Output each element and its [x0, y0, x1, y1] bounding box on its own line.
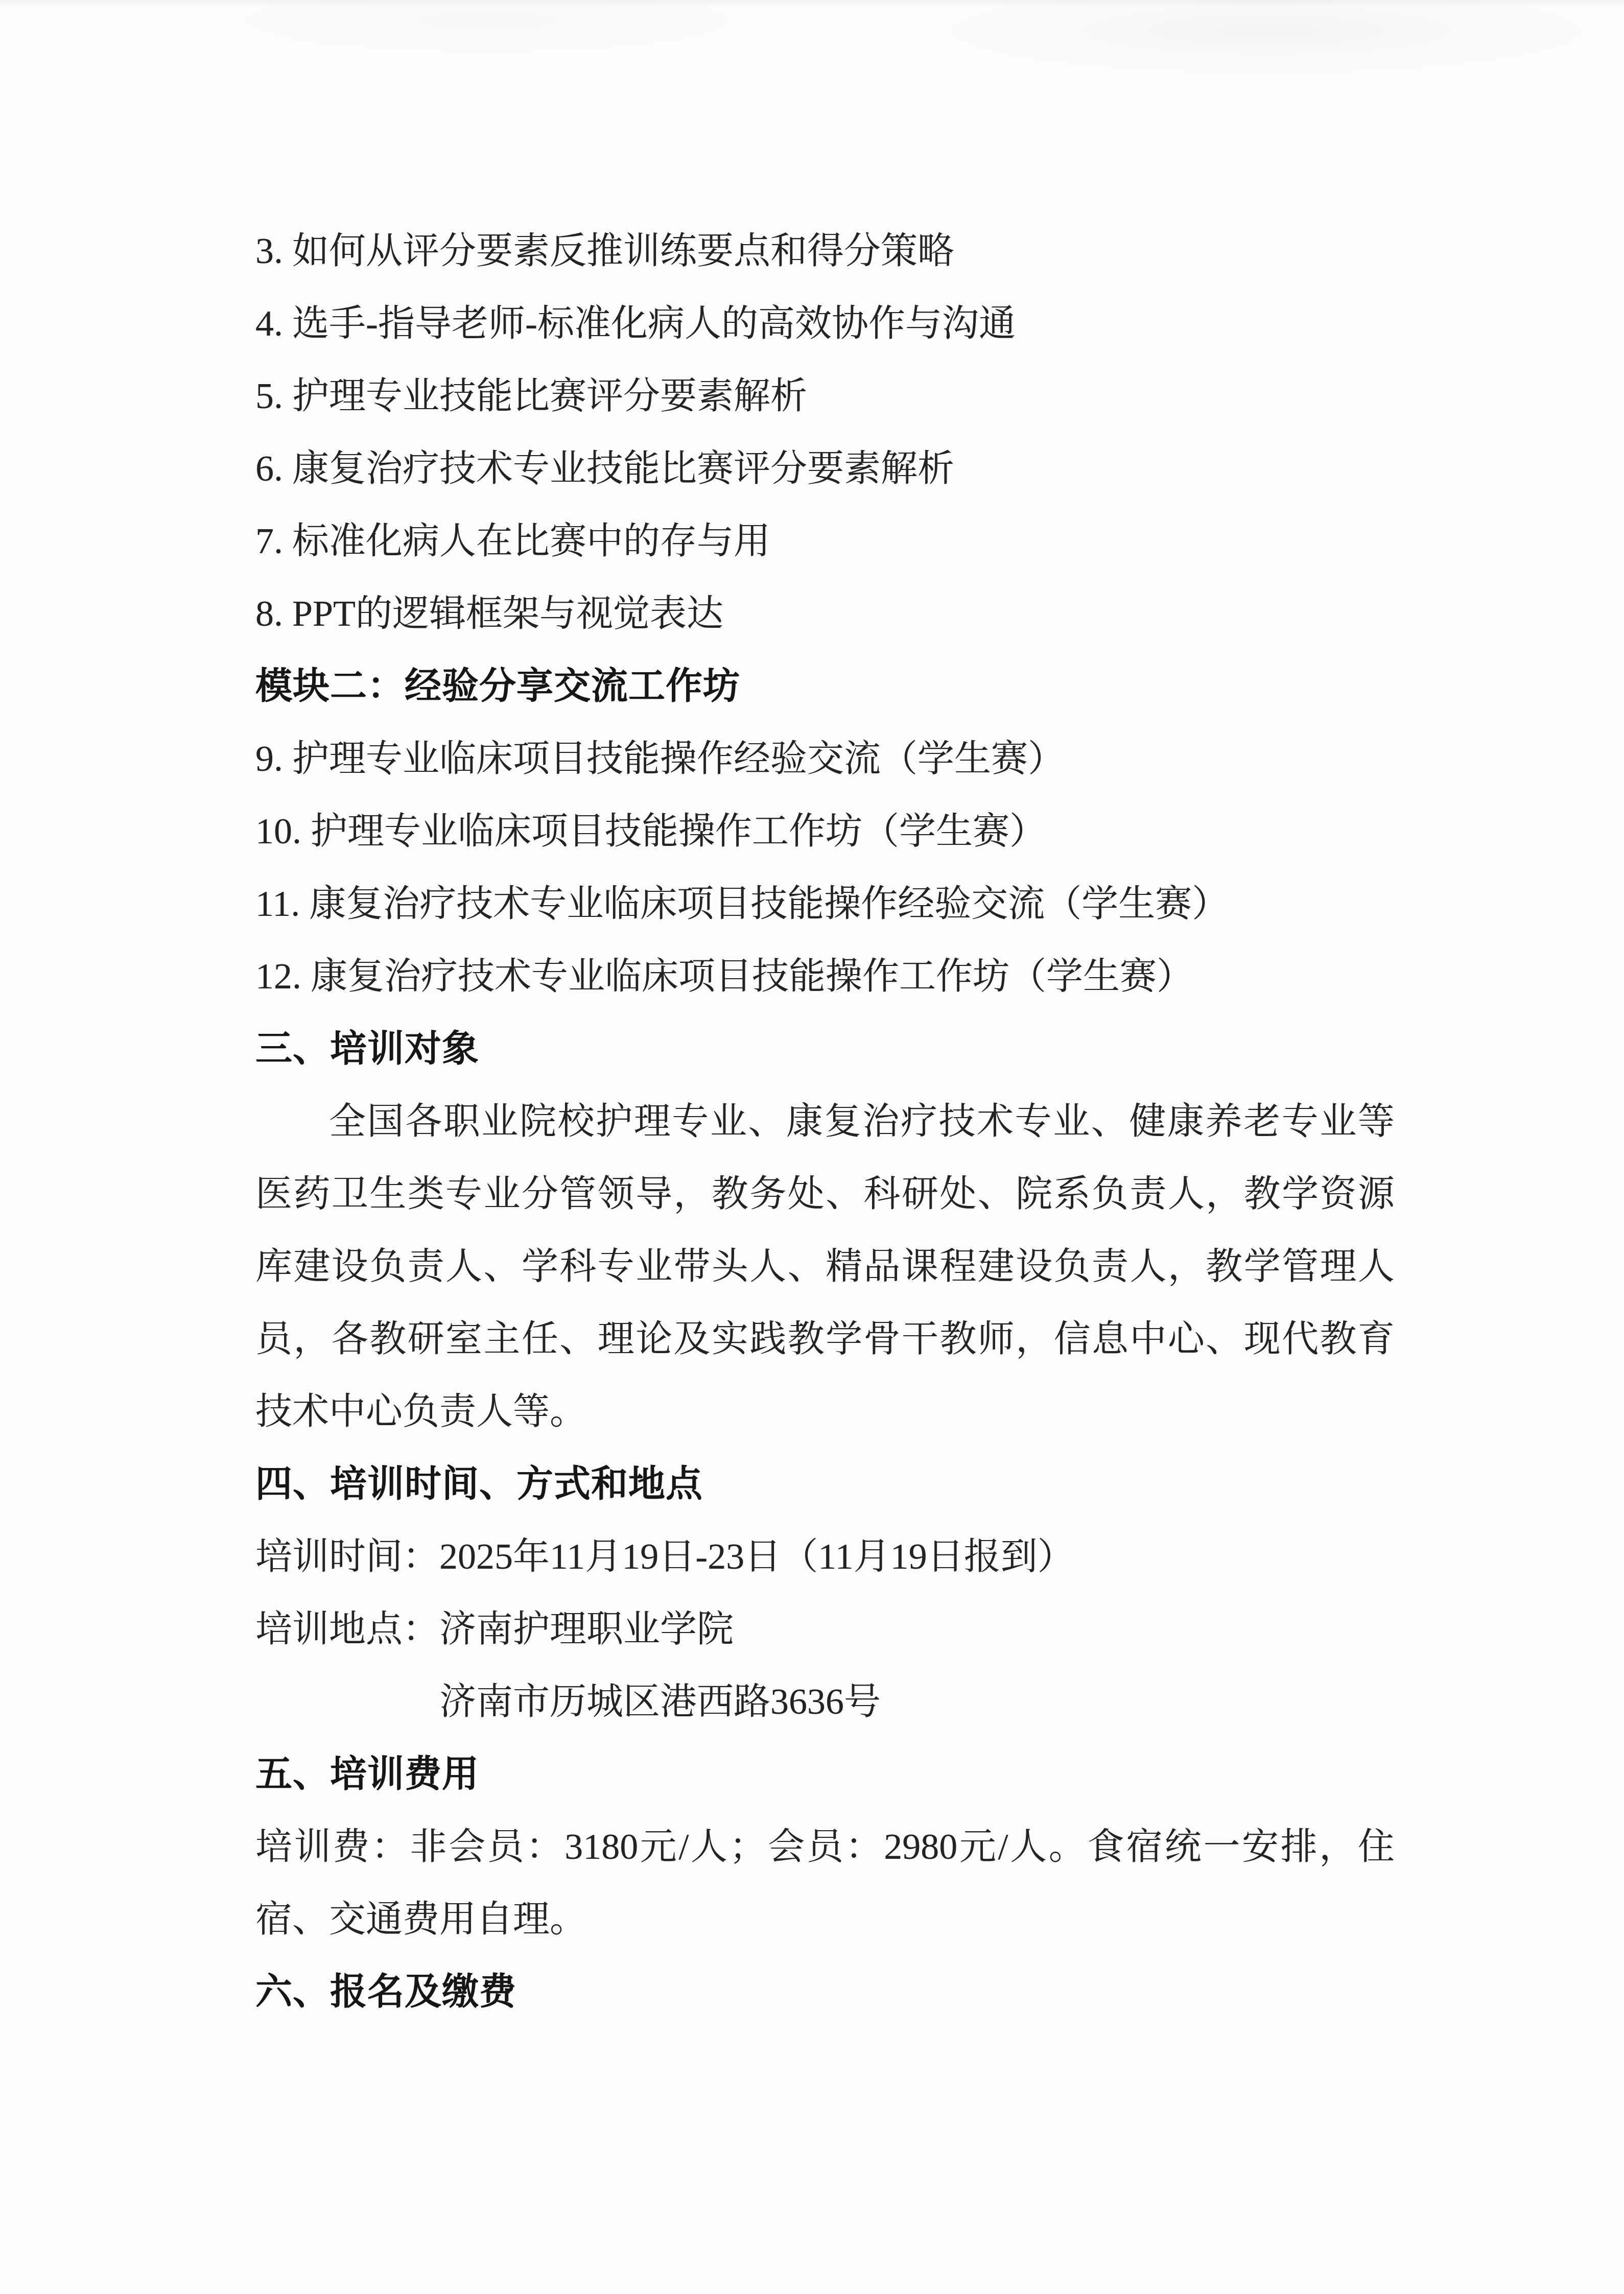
audience-paragraph-line: 技术中心负责人等。 [255, 1375, 1395, 1448]
scan-noise-artifact [0, 0, 1624, 133]
fee-paragraph-line: 宿、交通费用自理。 [255, 1883, 1395, 1955]
section4-heading: 四、培训时间、方式和地点 [255, 1448, 1395, 1520]
module2-item-11: 11. 康复治疗技术专业临床项目技能操作经验交流（学生赛） [255, 867, 1395, 940]
audience-paragraph-line: 全国各职业院校护理专业、康复治疗技术专业、健康养老专业等 [255, 1085, 1395, 1157]
scanned-document-page: 3. 如何从评分要素反推训练要点和得分策略 4. 选手-指导老师-标准化病人的高… [0, 0, 1624, 2294]
document-content: 3. 如何从评分要素反推训练要点和得分策略 4. 选手-指导老师-标准化病人的高… [255, 215, 1395, 2028]
module1-item-3: 3. 如何从评分要素反推训练要点和得分策略 [255, 215, 1395, 287]
training-address-line: 济南市历城区港西路3636号 [255, 1665, 1395, 1738]
section6-heading: 六、报名及缴费 [255, 1955, 1395, 2028]
audience-paragraph-line: 员，各教研室主任、理论及实践教学骨干教师，信息中心、现代教育 [255, 1303, 1395, 1375]
section5-heading: 五、培训费用 [255, 1738, 1395, 1810]
audience-paragraph-line: 库建设负责人、学科专业带头人、精品课程建设负责人，教学管理人 [255, 1230, 1395, 1303]
fee-paragraph-line: 培训费：非会员：3180元/人；会员：2980元/人。食宿统一安排，住 [255, 1810, 1395, 1883]
module1-item-4: 4. 选手-指导老师-标准化病人的高效协作与沟通 [255, 287, 1395, 360]
module1-item-5: 5. 护理专业技能比赛评分要素解析 [255, 360, 1395, 432]
training-time-line: 培训时间：2025年11月19日-23日（11月19日报到） [255, 1520, 1395, 1593]
audience-paragraph-line: 医药卫生类专业分管领导，教务处、科研处、院系负责人，教学资源 [255, 1157, 1395, 1230]
training-location-line: 培训地点：济南护理职业学院 [255, 1593, 1395, 1665]
module2-item-10: 10. 护理专业临床项目技能操作工作坊（学生赛） [255, 795, 1395, 867]
module1-item-6: 6. 康复治疗技术专业技能比赛评分要素解析 [255, 432, 1395, 505]
module2-heading: 模块二：经验分享交流工作坊 [255, 650, 1395, 722]
module1-item-7: 7. 标准化病人在比赛中的存与用 [255, 505, 1395, 577]
module2-item-9: 9. 护理专业临床项目技能操作经验交流（学生赛） [255, 722, 1395, 795]
module1-item-8: 8. PPT的逻辑框架与视觉表达 [255, 577, 1395, 650]
section3-heading: 三、培训对象 [255, 1012, 1395, 1085]
module2-item-12: 12. 康复治疗技术专业临床项目技能操作工作坊（学生赛） [255, 940, 1395, 1012]
